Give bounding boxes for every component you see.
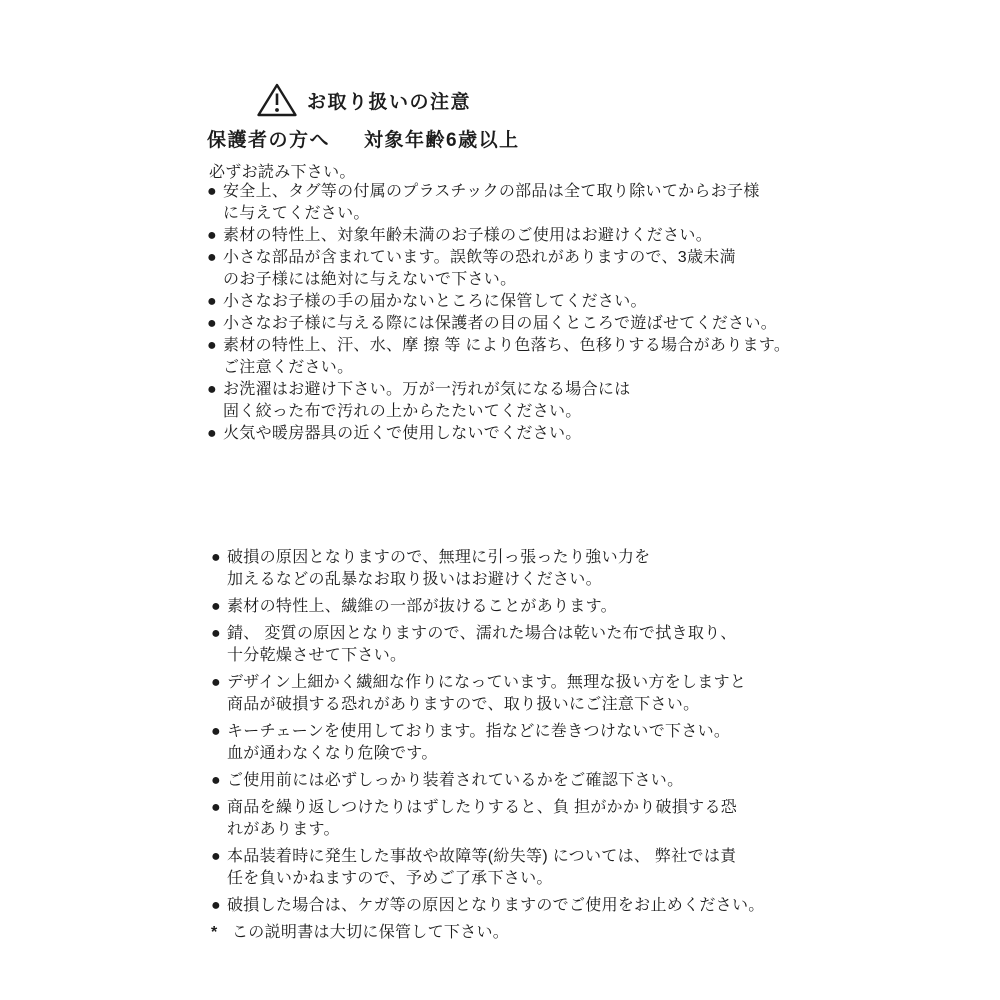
bullet-icon: ● — [207, 225, 223, 247]
item-text-line: 固く絞った布で汚れの上からたたいてください。 — [223, 401, 631, 423]
bullet-icon: ● — [207, 423, 223, 445]
bullet-icon: ● — [211, 770, 227, 792]
bullet-icon: ● — [207, 181, 223, 203]
audience-label: 保護者の方へ — [207, 125, 330, 152]
keep-manual-note: * この説明書は大切に保管して下さい。 — [211, 922, 831, 944]
bullet-icon: ● — [211, 596, 227, 618]
list-item: ● 素材の特性上、繊維の一部が抜けることがあります。 — [211, 596, 831, 618]
list-item: ● キーチェーンを使用しております。指などに巻きつけないで下さい。 血が通わなく… — [211, 721, 831, 765]
target-age-label: 対象年齢6歳以上 — [364, 125, 520, 152]
item-text-line: れがあります。 — [227, 819, 737, 841]
item-text-line: デザイン上細かく繊細な作りになっています。無理な扱い方をしますと — [227, 672, 746, 694]
note-text: この説明書は大切に保管して下さい。 — [232, 922, 509, 944]
list-item: ● 破損した場合は、ケガ等の原因となりますのでご使用をお止めください。 — [211, 895, 831, 917]
list-item: ● 火気や暖房器具の近くで使用しないでください。 — [207, 423, 827, 445]
safety-warnings-section: ● 安全上、タグ等の付属のプラスチックの部品は全て取り除いてからお子様 に与えて… — [207, 181, 827, 445]
list-item: ● 破損の原因となりますので、無理に引っ張ったり強い力を 加えるなどの乱暴なお取… — [211, 547, 831, 591]
item-text-line: 小さなお子様に与える際には保護者の目の届くところで遊ばせてください。 — [223, 313, 777, 335]
item-text-line: ご使用前には必ずしっかり装着されているかをご確認下さい。 — [227, 770, 683, 792]
item-text-line: のお子様には絶対に与えないで下さい。 — [223, 269, 736, 291]
item-text-line: 素材の特性上、汗、水、摩 擦 等 により色落ち、色移りする場合があります。 — [223, 335, 790, 357]
list-item: ● 安全上、タグ等の付属のプラスチックの部品は全て取り除いてからお子様 に与えて… — [207, 181, 827, 225]
list-item: ● 商品を繰り返しつけたりはずしたりすると、負 担がかかり破損する恐 れがありま… — [211, 797, 831, 841]
item-text-line: 破損の原因となりますので、無理に引っ張ったり強い力を — [227, 547, 650, 569]
item-text-line: キーチェーンを使用しております。指などに巻きつけないで下さい。 — [227, 721, 730, 743]
bullet-icon: ● — [211, 846, 227, 868]
item-text-line: 血が通わなくなり危険です。 — [227, 743, 730, 765]
list-item: ● デザイン上細かく繊細な作りになっています。無理な扱い方をしますと 商品が破損… — [211, 672, 831, 716]
bullet-icon: ● — [211, 623, 227, 645]
list-item: ● 小さな部品が含まれています。誤飲等の恐れがありますので、3歳未満 のお子様に… — [207, 247, 827, 291]
must-read-label: 必ずお読み下さい。 — [209, 159, 356, 182]
list-item: ● お洗濯はお避け下さい。万が一汚れが気になる場合には 固く絞った布で汚れの上か… — [207, 379, 827, 423]
item-text-line: 安全上、タグ等の付属のプラスチックの部品は全て取り除いてからお子様 — [223, 181, 760, 203]
list-item: ● 素材の特性上、汗、水、摩 擦 等 により色落ち、色移りする場合があります。 … — [207, 335, 827, 379]
item-text-line: 小さな部品が含まれています。誤飲等の恐れがありますので、3歳未満 — [223, 247, 736, 269]
bullet-icon: ● — [207, 291, 223, 313]
list-item: ● 小さなお子様に与える際には保護者の目の届くところで遊ばせてください。 — [207, 313, 827, 335]
item-text-line: 錆、 変質の原因となりますので、濡れた場合は乾いた布で拭き取り、 — [227, 623, 737, 645]
list-item: ● 錆、 変質の原因となりますので、濡れた場合は乾いた布で拭き取り、 十分乾燥さ… — [211, 623, 831, 667]
list-item: ● 本品装着時に発生した事故や故障等(紛失等) については、 弊社では責 任を負… — [211, 846, 831, 890]
warning-header: お取り扱いの注意 — [256, 82, 471, 118]
list-item: ● 小さなお子様の手の届かないところに保管してください。 — [207, 291, 827, 313]
bullet-icon: ● — [207, 379, 223, 401]
bullet-icon: ● — [211, 547, 227, 569]
asterisk-icon: * — [211, 922, 232, 944]
handling-warnings-section: ● 破損の原因となりますので、無理に引っ張ったり強い力を 加えるなどの乱暴なお取… — [211, 547, 831, 949]
item-text-line: 破損した場合は、ケガ等の原因となりますのでご使用をお止めください。 — [227, 895, 765, 917]
item-text-line: 本品装着時に発生した事故や故障等(紛失等) については、 弊社では責 — [227, 846, 736, 868]
item-text-line: 商品が破損する恐れがありますので、取り扱いにご注意下さい。 — [227, 694, 746, 716]
item-text-line: 火気や暖房器具の近くで使用しないでください。 — [223, 423, 582, 445]
item-text-line: お洗濯はお避け下さい。万が一汚れが気になる場合には — [223, 379, 631, 401]
bullet-icon: ● — [207, 313, 223, 335]
bullet-icon: ● — [211, 672, 227, 694]
bullet-icon: ● — [207, 247, 223, 269]
item-text-line: 十分乾燥させて下さい。 — [227, 645, 737, 667]
item-text-line: 任を負いかねますので、予めご了承下さい。 — [227, 868, 736, 890]
warning-title: お取り扱いの注意 — [307, 87, 471, 114]
bullet-icon: ● — [211, 721, 227, 743]
item-text-line: ご注意ください。 — [223, 357, 790, 379]
subheader: 保護者の方へ 対象年齢6歳以上 — [207, 125, 520, 152]
warning-triangle-icon — [256, 82, 298, 118]
list-item: ● ご使用前には必ずしっかり装着されているかをご確認下さい。 — [211, 770, 831, 792]
bullet-icon: ● — [211, 797, 227, 819]
item-text-line: 素材の特性上、繊維の一部が抜けることがあります。 — [227, 596, 617, 618]
item-text-line: 小さなお子様の手の届かないところに保管してください。 — [223, 291, 647, 313]
item-text-line: 素材の特性上、対象年齢未満のお子様のご使用はお避けください。 — [223, 225, 712, 247]
item-text-line: 商品を繰り返しつけたりはずしたりすると、負 担がかかり破損する恐 — [227, 797, 737, 819]
bullet-icon: ● — [211, 895, 227, 917]
list-item: ● 素材の特性上、対象年齢未満のお子様のご使用はお避けください。 — [207, 225, 827, 247]
bullet-icon: ● — [207, 335, 223, 357]
item-text-line: に与えてください。 — [223, 203, 760, 225]
document-page: お取り扱いの注意 保護者の方へ 対象年齢6歳以上 必ずお読み下さい。 ● 安全上… — [0, 0, 1000, 1000]
item-text-line: 加えるなどの乱暴なお取り扱いはお避けください。 — [227, 569, 650, 591]
